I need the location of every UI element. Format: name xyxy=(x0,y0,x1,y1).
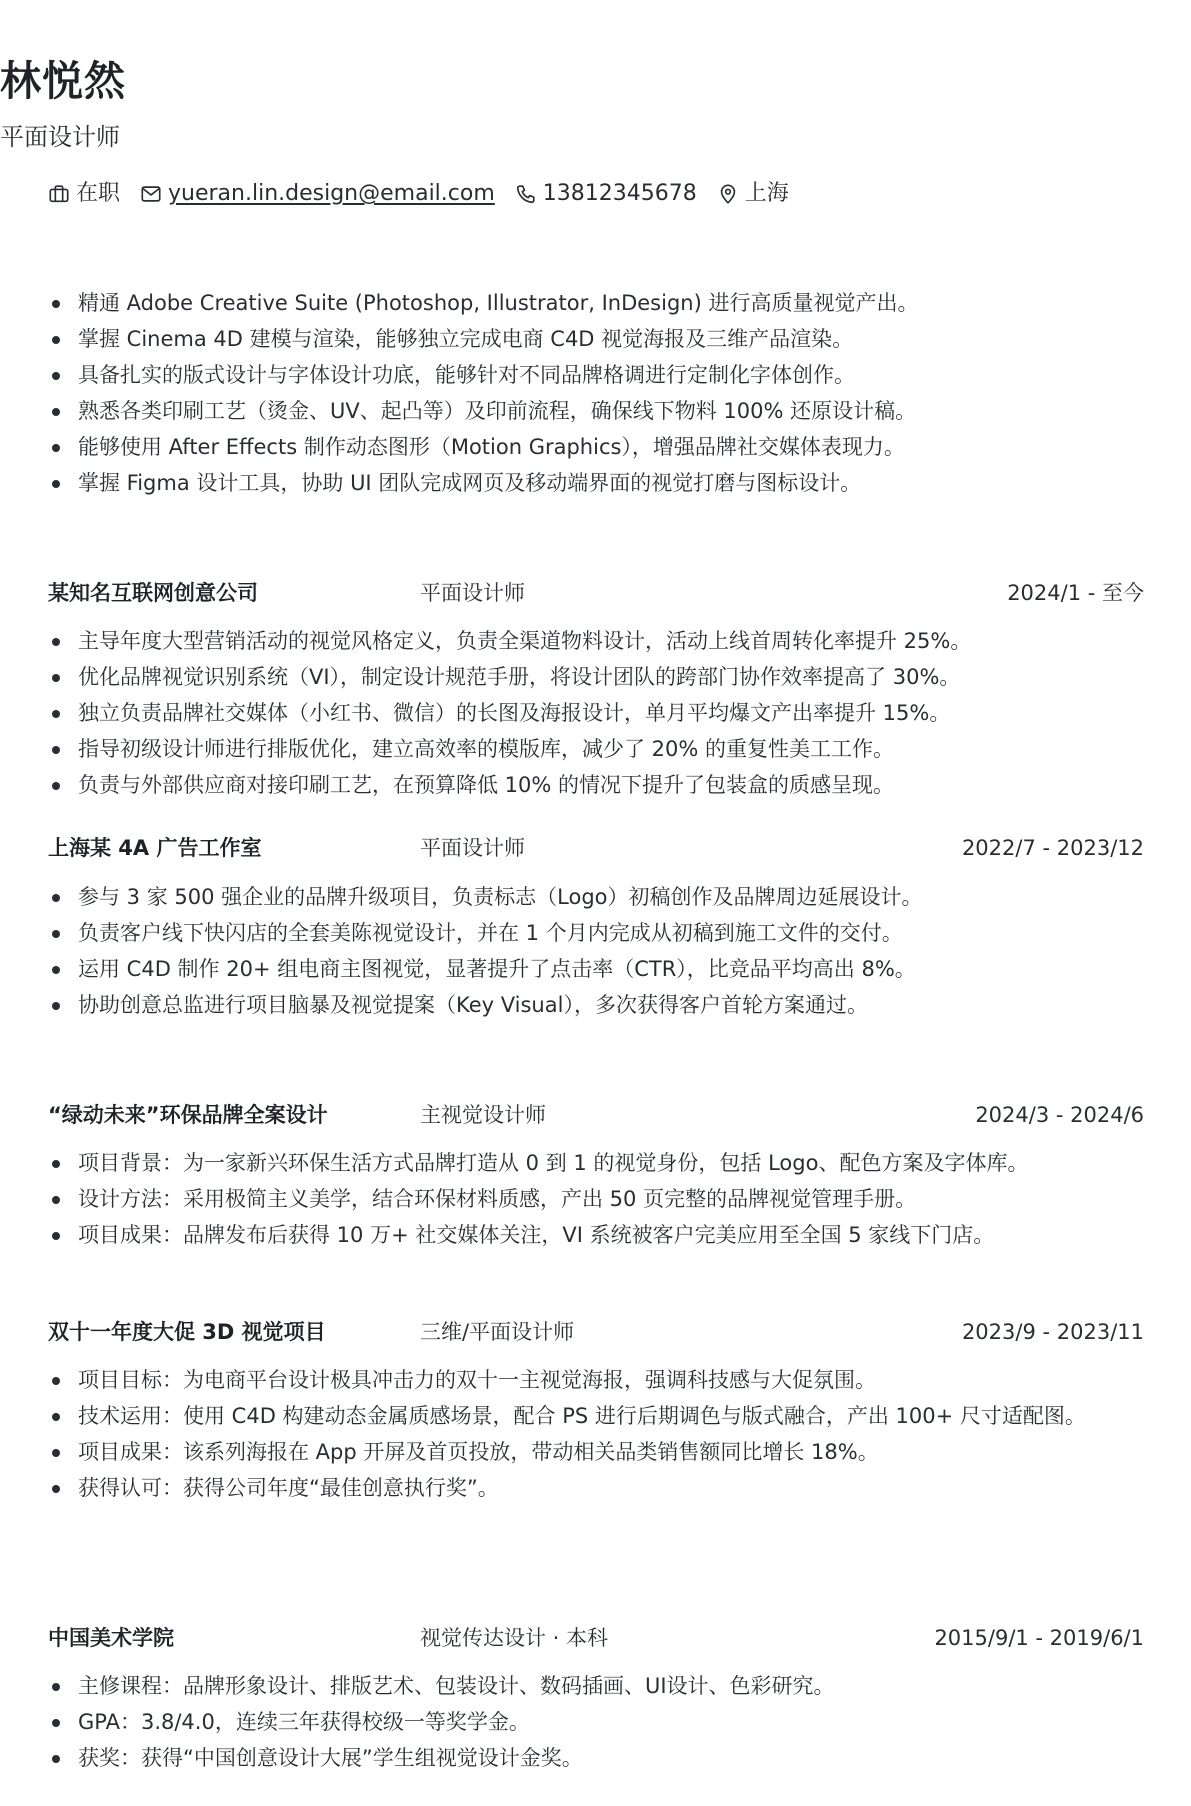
job-title: 平面设计师 xyxy=(0,121,1191,153)
contact-phone: 13812345678 xyxy=(515,178,697,210)
work-bullet: 参与 3 家 500 强企业的品牌升级项目，负责标志（Logo）初稿创作及品牌周… xyxy=(48,879,1108,915)
contact-row: 在职 yueran.lin.design@email.com 138123456… xyxy=(48,178,809,210)
work-bullet: 独立负责品牌社交媒体（小红书、微信）的长图及海报设计，单月平均爆文产出率提升 1… xyxy=(48,695,1108,731)
contact-email: yueran.lin.design@email.com xyxy=(140,178,495,210)
education-bullets: 主修课程：品牌形象设计、排版艺术、包装设计、数码插画、UI设计、色彩研究。 GP… xyxy=(48,1668,1108,1776)
location-label: 上海 xyxy=(745,178,789,210)
project-entry-header: “绿动未来”环保品牌全案设计 主视觉设计师 2024/3 - 2024/6 xyxy=(48,1098,1144,1132)
project-bullet: 项目目标：为电商平台设计极具冲击力的双十一主视觉海报，强调科技感与大促氛围。 xyxy=(48,1362,1128,1398)
resume-page: 林悦然 平面设计师 在职 yueran.lin.design@email.com… xyxy=(0,0,1191,1806)
date-range: 2024/1 - 至今 xyxy=(1007,576,1144,610)
education-bullet: 获奖：获得“中国创意设计大展”学生组视觉设计金奖。 xyxy=(48,1740,1108,1776)
role: 三维/平面设计师 xyxy=(420,1315,574,1349)
phone-icon xyxy=(515,183,537,205)
map-pin-icon xyxy=(717,183,739,205)
work-bullet: 负责客户线下快闪店的全套美陈视觉设计，并在 1 个月内完成从初稿到施工文件的交付… xyxy=(48,915,1108,951)
education-entry-header: 中国美术学院 视觉传达设计 · 本科 2015/9/1 - 2019/6/1 xyxy=(48,1621,1144,1655)
skills-list: 精通 Adobe Creative Suite (Photoshop, Illu… xyxy=(48,285,1108,501)
contact-location: 上海 xyxy=(717,178,789,210)
project-bullet: 获得认可：获得公司年度“最佳创意执行奖”。 xyxy=(48,1470,1128,1506)
phone-number: 13812345678 xyxy=(543,178,697,210)
skill-item: 精通 Adobe Creative Suite (Photoshop, Illu… xyxy=(48,285,1108,321)
skill-item: 掌握 Cinema 4D 建模与渲染，能够独立完成电商 C4D 视觉海报及三维产… xyxy=(48,321,1108,357)
candidate-name: 林悦然 xyxy=(0,56,1191,106)
work-bullets: 主导年度大型营销活动的视觉风格定义，负责全渠道物料设计，活动上线首周转化率提升 … xyxy=(48,623,1108,803)
education-bullet: GPA：3.8/4.0，连续三年获得校级一等奖学金。 xyxy=(48,1704,1108,1740)
date-range: 2022/7 - 2023/12 xyxy=(962,831,1144,865)
work-bullet: 负责与外部供应商对接印刷工艺，在预算降低 10% 的情况下提升了包装盒的质感呈现… xyxy=(48,767,1108,803)
date-range: 2023/9 - 2023/11 xyxy=(962,1315,1144,1349)
date-range: 2024/3 - 2024/6 xyxy=(975,1098,1144,1132)
role: 平面设计师 xyxy=(420,831,525,865)
project-bullet: 技术运用：使用 C4D 构建动态金属质感场景，配合 PS 进行后期调色与版式融合… xyxy=(48,1398,1128,1434)
work-bullet: 指导初级设计师进行排版优化，建立高效率的模版库，减少了 20% 的重复性美工工作… xyxy=(48,731,1108,767)
project-bullet: 项目背景：为一家新兴环保生活方式品牌打造从 0 到 1 的视觉身份，包括 Log… xyxy=(48,1145,1128,1181)
work-bullet: 优化品牌视觉识别系统（VI），制定设计规范手册，将设计团队的跨部门协作效率提高了… xyxy=(48,659,1108,695)
role: 主视觉设计师 xyxy=(420,1098,546,1132)
company-name: 某知名互联网创意公司 xyxy=(48,576,258,610)
project-name: “绿动未来”环保品牌全案设计 xyxy=(48,1098,328,1132)
skill-item: 熟悉各类印刷工艺（烫金、UV、起凸等）及印前流程，确保线下物料 100% 还原设… xyxy=(48,393,1108,429)
education-bullet: 主修课程：品牌形象设计、排版艺术、包装设计、数码插画、UI设计、色彩研究。 xyxy=(48,1668,1108,1704)
contact-status: 在职 xyxy=(48,178,120,210)
project-entry-header: 双十一年度大促 3D 视觉项目 三维/平面设计师 2023/9 - 2023/1… xyxy=(48,1315,1144,1349)
role: 平面设计师 xyxy=(420,576,525,610)
skill-item: 能够使用 After Effects 制作动态图形（Motion Graphic… xyxy=(48,429,1108,465)
date-range: 2015/9/1 - 2019/6/1 xyxy=(934,1621,1144,1655)
project-bullet: 设计方法：采用极简主义美学，结合环保材料质感，产出 50 页完整的品牌视觉管理手… xyxy=(48,1181,1128,1217)
project-bullet: 项目成果：品牌发布后获得 10 万+ 社交媒体关注，VI 系统被客户完美应用至全… xyxy=(48,1217,1128,1253)
work-entry-header: 上海某 4A 广告工作室 平面设计师 2022/7 - 2023/12 xyxy=(48,831,1144,865)
project-bullets: 项目目标：为电商平台设计极具冲击力的双十一主视觉海报，强调科技感与大促氛围。 技… xyxy=(48,1362,1128,1506)
status-label: 在职 xyxy=(76,178,120,210)
skill-item: 具备扎实的版式设计与字体设计功底，能够针对不同品牌格调进行定制化字体创作。 xyxy=(48,357,1108,393)
project-bullets: 项目背景：为一家新兴环保生活方式品牌打造从 0 到 1 的视觉身份，包括 Log… xyxy=(48,1145,1128,1253)
major-degree: 视觉传达设计 · 本科 xyxy=(420,1621,608,1655)
company-name: 上海某 4A 广告工作室 xyxy=(48,831,262,865)
work-bullet: 协助创意总监进行项目脑暴及视觉提案（Key Visual），多次获得客户首轮方案… xyxy=(48,987,1108,1023)
project-bullet: 项目成果：该系列海报在 App 开屏及首页投放，带动相关品类销售额同比增长 18… xyxy=(48,1434,1128,1470)
work-entry-header: 某知名互联网创意公司 平面设计师 2024/1 - 至今 xyxy=(48,576,1144,610)
school-name: 中国美术学院 xyxy=(48,1621,174,1655)
skill-item: 掌握 Figma 设计工具，协助 UI 团队完成网页及移动端界面的视觉打磨与图标… xyxy=(48,465,1108,501)
work-bullet: 运用 C4D 制作 20+ 组电商主图视觉，显著提升了点击率（CTR），比竞品平… xyxy=(48,951,1108,987)
email-link[interactable]: yueran.lin.design@email.com xyxy=(168,178,495,210)
work-bullet: 主导年度大型营销活动的视觉风格定义，负责全渠道物料设计，活动上线首周转化率提升 … xyxy=(48,623,1108,659)
mail-icon xyxy=(140,183,162,205)
work-bullets: 参与 3 家 500 强企业的品牌升级项目，负责标志（Logo）初稿创作及品牌周… xyxy=(48,879,1108,1023)
project-name: 双十一年度大促 3D 视觉项目 xyxy=(48,1315,326,1349)
briefcase-icon xyxy=(48,183,70,205)
